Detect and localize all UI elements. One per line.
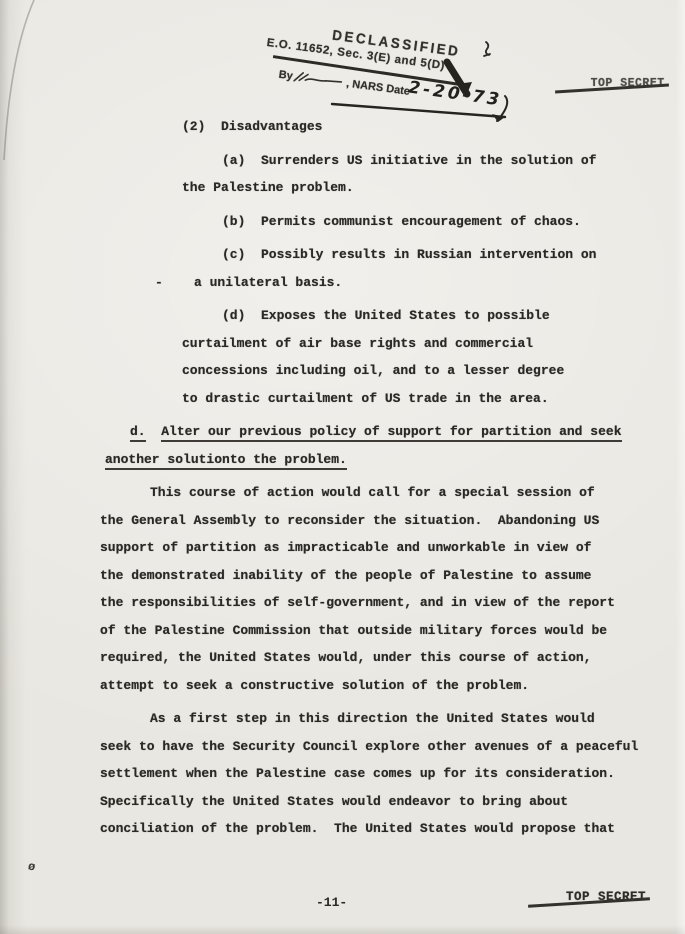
document-line: seek to have the Security Council explor… xyxy=(0,733,685,761)
document-line: attempt to seek a constructive solution … xyxy=(0,672,685,700)
document-line: settlement when the Palestine case comes… xyxy=(0,760,685,788)
document-line: d. Alter our previous policy of support … xyxy=(0,418,685,446)
document-body: (2) Disadvantages(a) Surrenders US initi… xyxy=(0,113,685,843)
underlined-text: d. xyxy=(130,424,146,442)
margin-mark: ø xyxy=(26,859,36,874)
document-line: the Palestine problem. xyxy=(0,174,685,202)
underlined-text: Alter our previous policy of support for… xyxy=(161,424,621,442)
page-number: -11- xyxy=(316,895,347,910)
document-line: support of partition as impracticable an… xyxy=(0,534,685,562)
stamp-by-label: By xyxy=(278,69,294,83)
document-line: As a first step in this direction the Un… xyxy=(0,705,685,733)
document-line: the demonstrated inability of the people… xyxy=(0,562,685,590)
document-line: another solutionto the problem. xyxy=(0,446,685,474)
document-line: conciliation of the problem. The United … xyxy=(0,815,685,843)
classification-bottom: TOP SECRET xyxy=(534,876,646,932)
document-line: (d) Exposes the United States to possibl… xyxy=(0,302,685,330)
document-line: - a unilateral basis. xyxy=(0,269,685,297)
document-line: required, the United States would, under… xyxy=(0,644,685,672)
document-line: (a) Surrenders US initiative in the solu… xyxy=(0,147,685,175)
document-line: (2) Disadvantages xyxy=(0,113,685,141)
document-line: (c) Possibly results in Russian interven… xyxy=(0,241,685,269)
document-line: This course of action would call for a s… xyxy=(0,479,685,507)
document-line: to drastic curtailment of US trade in th… xyxy=(0,385,685,413)
document-line: of the Palestine Commission that outside… xyxy=(0,617,685,645)
document-line: the General Assembly to reconsider the s… xyxy=(0,507,685,535)
signature-squiggle xyxy=(293,70,346,91)
scanned-document-page: DECLASSIFIED E.O. 11652, Sec. 3(E) and 5… xyxy=(0,0,685,934)
stamp-nars-label: , NARS Date xyxy=(345,78,410,98)
document-line: curtailment of air base rights and comme… xyxy=(0,330,685,358)
document-line: concessions including oil, and to a less… xyxy=(0,357,685,385)
document-line: the responsibilities of self-government,… xyxy=(0,589,685,617)
classification-top: TOP SECRET xyxy=(561,64,665,116)
document-line: (b) Permits communist encouragement of c… xyxy=(0,208,685,236)
document-line: Specifically the United States would end… xyxy=(0,788,685,816)
plain-text xyxy=(146,424,162,439)
underlined-text: another solutionto the problem. xyxy=(105,452,347,470)
